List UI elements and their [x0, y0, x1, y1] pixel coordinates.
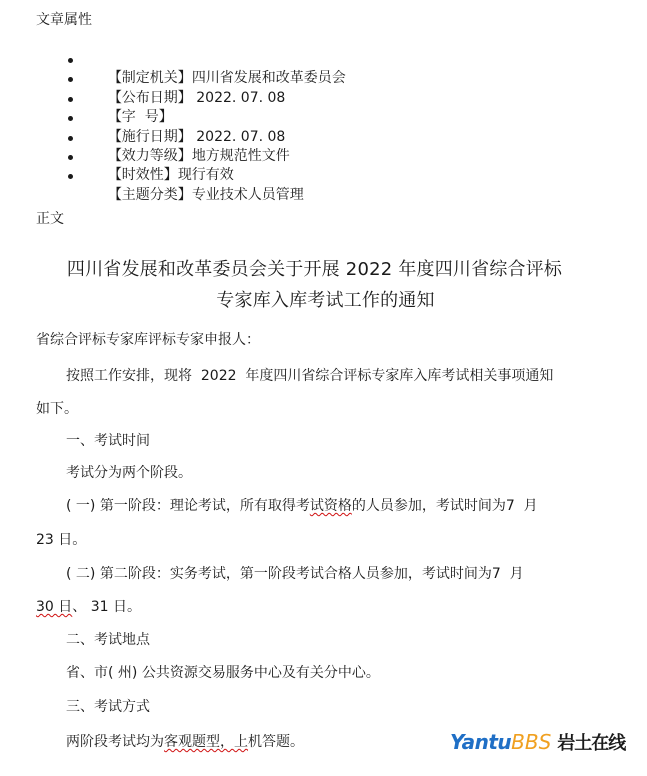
attribute-value: 专业技术人员管理	[192, 187, 304, 203]
bullet-icon	[68, 136, 73, 141]
stage-1-text-a: ( 一) 第一阶段：理论考试，所有取得考	[66, 498, 310, 514]
intro-paragraph-line-1: 按照工作安排，现将 2022 年度四川省综合评标专家库入库考试相关事项通知	[66, 367, 553, 385]
bullet-icon	[68, 116, 73, 121]
attribute-item-validity: 【时效性】现行有效	[0, 147, 346, 166]
attribute-item-legal-level: 【效力等级】地方规范性文件	[0, 128, 346, 147]
section-1-heading: 一、考试时间	[66, 432, 150, 450]
attribute-item-document-number: 【字 号】	[0, 89, 346, 108]
attribute-item-publish-date: 【公布日期】 2022. 07. 08	[0, 69, 346, 88]
section-3-text-c: 机答题。	[248, 734, 304, 750]
stage-1-line-1: ( 一) 第一阶段：理论考试，所有取得考试资格的人员参加，考试时间为7 月	[66, 497, 538, 515]
stage-2-line-2: 30 日、 31 日。	[36, 598, 141, 616]
bullet-icon	[68, 174, 73, 179]
logo-chinese-text: 岩土在线	[557, 729, 625, 755]
section-3-heading: 三、考试方式	[66, 698, 150, 716]
document-title-line-2: 专家库入库考试工作的通知	[2, 289, 647, 313]
section-2-heading: 二、考试地点	[66, 631, 150, 649]
section-1-text: 考试分为两个阶段。	[66, 464, 192, 482]
bullet-icon	[68, 58, 73, 63]
attribute-item-subject-category: 【主题分类】专业技术人员管理	[0, 166, 346, 185]
stage-1-line-2: 23 日。	[36, 531, 86, 549]
spellcheck-flagged-text: 客观题型，上	[164, 734, 248, 750]
attribute-item-issuing-authority: 【制定机关】四川省发展和改革委员会	[0, 50, 346, 69]
document-title-line-1: 四川省发展和改革委员会关于开展 2022 年度四川省综合评标	[0, 258, 638, 282]
logo-yantu-text: Yantu	[450, 730, 511, 754]
body-text-heading: 正文	[36, 210, 64, 228]
stage-1-text-c: 的人员参加，考试时间为7 月	[352, 498, 538, 514]
article-attributes-list: 【制定机关】四川省发展和改革委员会 【公布日期】 2022. 07. 08 【字…	[0, 50, 346, 186]
logo-bbs-text: BBS	[511, 730, 551, 754]
section-3-text-a: 两阶段考试均为	[66, 734, 164, 750]
bullet-icon	[68, 77, 73, 82]
intro-paragraph-line-2: 如下。	[36, 400, 78, 418]
yantubbs-watermark-logo: YantuBBS岩土在线	[450, 729, 625, 755]
stage-2-line-1: ( 二) 第二阶段：实务考试，第一阶段考试合格人员参加，考试时间为7 月	[66, 565, 524, 583]
section-3-text: 两阶段考试均为客观题型，上机答题。	[66, 733, 304, 751]
stage-2-text-b: 、 31 日。	[72, 599, 141, 615]
attribute-item-effective-date: 【施行日期】 2022. 07. 08	[0, 108, 346, 127]
attribute-label: 【主题分类】	[108, 187, 192, 203]
spellcheck-flagged-text: 30 日	[36, 599, 72, 615]
bullet-icon	[68, 155, 73, 160]
spellcheck-flagged-text: 试资格	[310, 498, 352, 514]
salutation: 省综合评标专家库评标专家申报人：	[36, 331, 260, 349]
section-2-text: 省、市( 州) 公共资源交易服务中心及有关分中心。	[66, 664, 380, 682]
bullet-icon	[68, 97, 73, 102]
article-attributes-heading: 文章属性	[36, 11, 92, 29]
